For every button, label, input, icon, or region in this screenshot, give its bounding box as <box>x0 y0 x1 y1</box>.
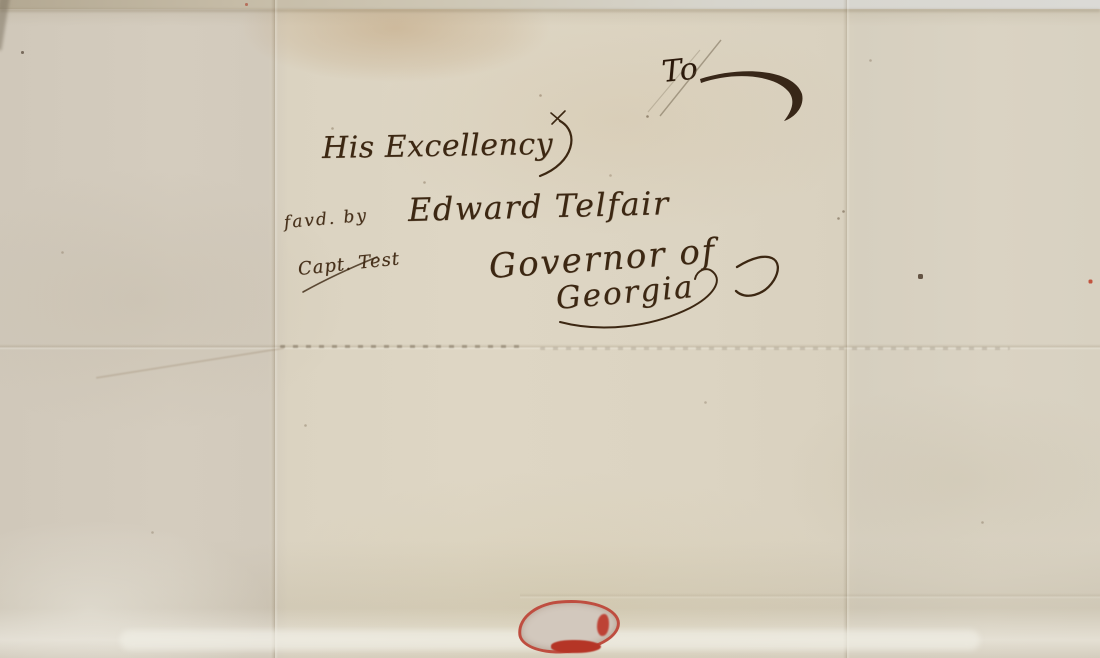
scanned-letter-address-leaf: To His Excellency Edward Telfair Governo… <box>0 0 1100 658</box>
crease-speckles-right <box>540 347 1010 350</box>
fold-line-horizontal-lower <box>520 593 1100 599</box>
fold-line-vertical-right <box>843 0 850 658</box>
handwriting-honorific: His Excellency <box>322 127 554 166</box>
wax-seal-drip <box>551 640 601 653</box>
handwriting-to-label: To <box>660 51 699 90</box>
handwriting-recipient-name: Edward Telfair <box>408 184 671 229</box>
crease-speckles-left <box>280 345 520 348</box>
ink-specks <box>0 0 1 1</box>
paper-top-edge-shadow <box>0 9 1100 12</box>
paper-stain-mottling <box>0 0 1100 658</box>
fold-line-vertical-left <box>271 0 278 658</box>
scan-bed-top-strip <box>0 0 1100 9</box>
